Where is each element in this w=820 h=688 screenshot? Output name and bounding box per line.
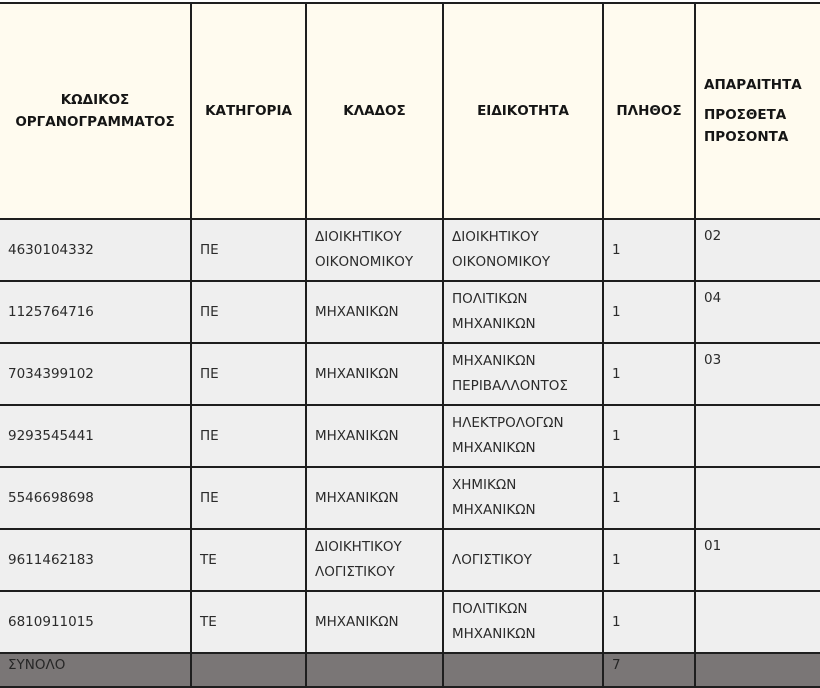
cell-count: 1 [603, 529, 695, 591]
cell-branch: ΔΙΟΙΚΗΤΙΚΟΥΟΙΚΟΝΟΜΙΚΟΥ [306, 219, 443, 281]
table-row: 9611462183ΤΕΔΙΟΙΚΗΤΙΚΟΥΛΟΓΙΣΤΙΚΟΥΛΟΓΙΣΤΙ… [0, 529, 820, 591]
table-row: 7034399102ΠΕΜΗΧΑΝΙΚΩΝΜΗΧΑΝΙΚΩΝΠΕΡΙΒΑΛΛΟΝ… [0, 343, 820, 405]
table-row: 9293545441ΠΕΜΗΧΑΝΙΚΩΝΗΛΕΚΤΡΟΛΟΓΩΝΜΗΧΑΝΙΚ… [0, 405, 820, 467]
total-empty [191, 653, 306, 677]
cell-specialty: ΜΗΧΑΝΙΚΩΝΠΕΡΙΒΑΛΛΟΝΤΟΣ [443, 343, 603, 405]
cell-qualifications [695, 591, 820, 653]
header-specialty: ΕΙΔΙΚΟΤΗΤΑ [443, 3, 603, 219]
cell-qualifications: 03 [695, 343, 820, 405]
total-row: ΣΥΝΟΛΟ 7 [0, 653, 820, 677]
cell-code: 7034399102 [0, 343, 191, 405]
cell-qualifications: 04 [695, 281, 820, 343]
cell-specialty: ΠΟΛΙΤΙΚΩΝΜΗΧΑΝΙΚΩΝ [443, 281, 603, 343]
header-count: ΠΛΗΘΟΣ [603, 3, 695, 219]
table-row: 4630104332ΠΕΔΙΟΙΚΗΤΙΚΟΥΟΙΚΟΝΟΜΙΚΟΥΔΙΟΙΚΗ… [0, 219, 820, 281]
cell-qualifications: 01 [695, 529, 820, 591]
cell-code: 4630104332 [0, 219, 191, 281]
cell-branch: ΜΗΧΑΝΙΚΩΝ [306, 343, 443, 405]
total-count: 7 [603, 653, 695, 677]
cell-category: ΠΕ [191, 219, 306, 281]
cell-branch: ΜΗΧΑΝΙΚΩΝ [306, 281, 443, 343]
cell-category: ΠΕ [191, 405, 306, 467]
cell-qualifications [695, 405, 820, 467]
header-category: ΚΑΤΗΓΟΡΙΑ [191, 3, 306, 219]
cell-qualifications: 02 [695, 219, 820, 281]
header-row: ΚΩΔΙΚΟΣ ΟΡΓΑΝΟΓΡΑΜΜΑΤΟΣ ΚΑΤΗΓΟΡΙΑ ΚΛΑΔΟΣ… [0, 3, 820, 219]
table-row: 6810911015ΤΕΜΗΧΑΝΙΚΩΝΠΟΛΙΤΙΚΩΝΜΗΧΑΝΙΚΩΝ1 [0, 591, 820, 653]
cell-code: 5546698698 [0, 467, 191, 529]
cell-specialty: ΗΛΕΚΤΡΟΛΟΓΩΝΜΗΧΑΝΙΚΩΝ [443, 405, 603, 467]
cell-specialty: ΧΗΜΙΚΩΝΜΗΧΑΝΙΚΩΝ [443, 467, 603, 529]
cell-code: 1125764716 [0, 281, 191, 343]
cell-count: 1 [603, 405, 695, 467]
cell-code: 6810911015 [0, 591, 191, 653]
total-empty [443, 653, 603, 677]
cell-branch: ΜΗΧΑΝΙΚΩΝ [306, 467, 443, 529]
total-label: ΣΥΝΟΛΟ [0, 653, 191, 677]
cell-branch: ΜΗΧΑΝΙΚΩΝ [306, 591, 443, 653]
cell-specialty: ΔΙΟΙΚΗΤΙΚΟΥΟΙΚΟΝΟΜΙΚΟΥ [443, 219, 603, 281]
positions-table: ΚΩΔΙΚΟΣ ΟΡΓΑΝΟΓΡΑΜΜΑΤΟΣ ΚΑΤΗΓΟΡΙΑ ΚΛΑΔΟΣ… [0, 2, 820, 677]
header-code: ΚΩΔΙΚΟΣ ΟΡΓΑΝΟΓΡΑΜΜΑΤΟΣ [0, 3, 191, 219]
cell-count: 1 [603, 281, 695, 343]
cell-count: 1 [603, 219, 695, 281]
cell-code: 9293545441 [0, 405, 191, 467]
cell-category: ΠΕ [191, 343, 306, 405]
cell-branch: ΜΗΧΑΝΙΚΩΝ [306, 405, 443, 467]
header-branch: ΚΛΑΔΟΣ [306, 3, 443, 219]
cell-category: ΤΕ [191, 591, 306, 653]
cell-qualifications [695, 467, 820, 529]
cell-code: 9611462183 [0, 529, 191, 591]
table-row: 1125764716ΠΕΜΗΧΑΝΙΚΩΝΠΟΛΙΤΙΚΩΝΜΗΧΑΝΙΚΩΝ1… [0, 281, 820, 343]
cell-category: ΤΕ [191, 529, 306, 591]
total-empty [695, 653, 820, 677]
table-row: 5546698698ΠΕΜΗΧΑΝΙΚΩΝΧΗΜΙΚΩΝΜΗΧΑΝΙΚΩΝ1 [0, 467, 820, 529]
cell-branch: ΔΙΟΙΚΗΤΙΚΟΥΛΟΓΙΣΤΙΚΟΥ [306, 529, 443, 591]
cell-count: 1 [603, 343, 695, 405]
cell-category: ΠΕ [191, 281, 306, 343]
total-empty [306, 653, 443, 677]
cell-specialty: ΛΟΓΙΣΤΙΚΟΥ [443, 529, 603, 591]
cell-specialty: ΠΟΛΙΤΙΚΩΝΜΗΧΑΝΙΚΩΝ [443, 591, 603, 653]
cell-category: ΠΕ [191, 467, 306, 529]
cell-count: 1 [603, 591, 695, 653]
header-qualifications: ΑΠΑΡΑΙΤΗΤΑ ΠΡΟΣΘΕΤΑ ΠΡΟΣΟΝΤΑ [695, 3, 820, 219]
cell-count: 1 [603, 467, 695, 529]
